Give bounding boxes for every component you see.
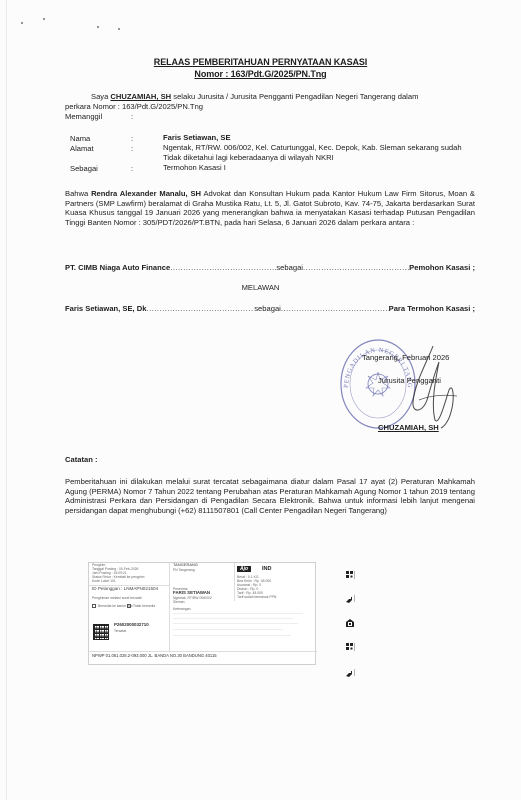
role-colon: :	[131, 164, 133, 173]
receipt-footer: NPWP 01.061.028.2-093.000 JL. BANDA NO.3…	[92, 654, 217, 658]
option-2: Tidak bersedia	[127, 604, 155, 608]
place-date: Tangerang, Februari 2026	[362, 353, 449, 362]
recipient-name: FARIS SETIAWAN	[173, 591, 210, 595]
party-name: Faris Setiawan, SE, Dk	[65, 304, 146, 313]
hand-icon	[345, 594, 355, 604]
scan-speck	[43, 18, 45, 20]
summon-label: Memanggil	[65, 112, 102, 122]
qr-code-icon	[93, 624, 109, 640]
origin-sub: PN Tangerang	[173, 568, 195, 572]
checkbox	[127, 604, 131, 608]
tax-note: Tarif sudah termasuk PPN	[237, 595, 276, 599]
scan-speck	[97, 26, 99, 28]
scan-speck	[118, 28, 120, 30]
pos-logo: IND	[262, 566, 271, 572]
name-value: Faris Setiawan, SE	[163, 133, 231, 143]
notes-line	[173, 635, 291, 636]
notes-heading: Catatan :	[65, 455, 98, 465]
option-2-label: Tidak bersedia	[133, 604, 155, 608]
name-label: Nama	[70, 134, 90, 143]
divider	[234, 563, 235, 601]
divider	[89, 585, 169, 586]
qr-code-icon	[345, 570, 355, 580]
address-colon: :	[131, 144, 133, 153]
signer-name: CHUZAMIAH, SH	[378, 423, 439, 432]
hand-icon	[345, 668, 355, 678]
party-row-respondent: Faris Setiawan, SE, Dk .................…	[65, 304, 475, 313]
document-page: RELAAS PEMBERITAHUAN PERNYATAAN KASASI N…	[0, 0, 521, 800]
officer-name: CHUZAMIAH, SH	[110, 92, 171, 101]
signer-position: Jurusita Pengganti	[378, 376, 441, 385]
notes-line	[173, 613, 303, 614]
intro-line: Saya CHUZAMIAH, SH selaku Jurusita / Jur…	[91, 92, 418, 102]
dot-leader: ........................................…	[146, 304, 254, 313]
scan-edge	[6, 0, 7, 800]
address-value: Ngentak, RT/RW. 006/002, Kel. Caturtungg…	[163, 143, 462, 153]
postal-receipt: Pengirim Tanggal Posting : 00-Feb-2026 J…	[88, 562, 316, 665]
notes-line	[173, 629, 283, 630]
statement-paragraph: Bahwa Rendra Alexander Manalu, SH Advoka…	[65, 189, 475, 227]
tracking-number: P2602000032710	[114, 623, 149, 627]
intro-suffix: selaku Jurusita / Jurusita Pengganti Pen…	[171, 92, 418, 101]
role-label: Sebagai	[70, 164, 98, 173]
party-role: Pemohon Kasasi ;	[409, 263, 475, 272]
recipient-city: Sleman	[173, 600, 185, 604]
summon-colon: :	[131, 112, 133, 122]
case-number-line: perkara Nomor : 163/Pdt.G/2025/PN.Tng	[65, 102, 203, 112]
options-label: Pengiriman melalui surat tercatat	[92, 596, 142, 600]
notes-body: Pemberitahuan ini dilakukan melalui sura…	[65, 477, 475, 515]
notes-header: Keterangan	[173, 607, 191, 611]
notes-line	[173, 623, 298, 624]
origin-city: TANGERANG	[173, 563, 198, 567]
dot-leader: ........................................…	[303, 263, 409, 272]
name-colon: :	[131, 134, 133, 143]
dot-leader: ........................................…	[281, 304, 389, 313]
party-role: Para Termohon Kasasi ;	[389, 304, 475, 313]
mailbox-icon	[345, 618, 355, 628]
address-value-line2: Tidak diketahui lagi keberadaanya di wil…	[163, 153, 334, 163]
party-row-applicant: PT. CIMB Niaga Auto Finance ............…	[65, 263, 475, 272]
dot-leader: ........................................…	[170, 263, 276, 272]
notes-line	[173, 618, 293, 619]
tracking-sub: Tercatat	[114, 629, 126, 633]
party-connector: sebagai	[276, 263, 303, 272]
role-value: Termohon Kasasi I	[163, 163, 226, 173]
checkbox	[92, 604, 96, 608]
address-label: Alamat	[70, 144, 94, 153]
document-number: Nomor : 163/Pdt.G/2025/PN.Tng	[0, 69, 521, 79]
versus-label: MELAWAN	[0, 283, 521, 292]
party-connector: sebagai	[254, 304, 281, 313]
party-name: PT. CIMB Niaga Auto Finance	[65, 263, 170, 272]
divider	[89, 651, 317, 652]
divider	[169, 563, 170, 651]
statement-prefix: Bahwa	[65, 189, 91, 198]
intro-prefix: Saya	[91, 92, 110, 101]
scan-speck	[21, 22, 23, 24]
document-title: RELAAS PEMBERITAHUAN PERNYATAAN KASASI	[0, 57, 521, 67]
courier-logo: Ajo	[237, 566, 251, 572]
qr-code-icon	[345, 642, 355, 652]
customer-id: ID Pelanggan : LNMAPN021504	[92, 587, 158, 591]
lawyer-name: Rendra Alexander Manalu, SH	[91, 189, 201, 198]
office-code: Kode Loket 101	[92, 579, 116, 583]
